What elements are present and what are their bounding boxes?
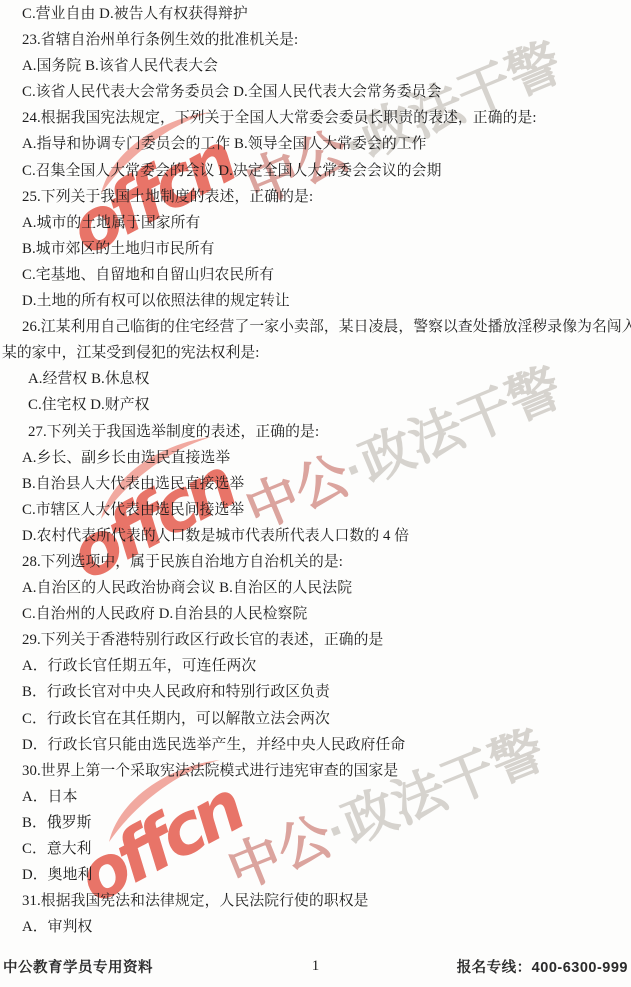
text-line: 23.省辖自治州单行条例生效的批准机关是: [0, 27, 631, 53]
text-line: B.城市郊区的土地归市民所有 [0, 236, 631, 262]
text-line: B.自治县人大代表由选民直接选举 [0, 471, 631, 497]
text-line: 25.下列关于我国土地制度的表述，正确的是: [0, 184, 631, 210]
text-line: D．奥地利 [0, 862, 631, 888]
text-line: 24.根据我国宪法规定，下列关于全国人大常委会委员长职责的表述，正确的是: [0, 105, 631, 131]
text-line: C．意大利 [0, 836, 631, 862]
text-line: 30.世界上第一个采取宪法法院模式进行违宪审查的国家是 [0, 758, 631, 784]
text-line: C.市辖区人大代表由选民间接选举 [0, 497, 631, 523]
text-line: C.营业自由 D.被告人有权获得辩护 [0, 1, 631, 27]
page-footer: 中公教育学员专用资料 1 报名专线：400-6300-999 [0, 954, 631, 978]
text-line: 某的家中，江某受到侵犯的宪法权利是: [0, 340, 631, 366]
question-text-block: C.营业自由 D.被告人有权获得辩护23.省辖自治州单行条例生效的批准机关是:A… [0, 1, 631, 940]
text-line: D.农村代表所代表的人口数是城市代表所代表人口数的 4 倍 [0, 523, 631, 549]
text-line: 26.江某利用自己临街的住宅经营了一家小卖部，某日凌晨，警察以查处播放淫秽录像为… [0, 314, 631, 340]
text-line: 29.下列关于香港特别行政区行政长官的表述，正确的是 [0, 627, 631, 653]
footer-material-label: 中公教育学员专用资料 [0, 956, 296, 977]
text-line: A．行政长官任期五年，可连任两次 [0, 653, 631, 679]
scanned-document-page: offcn 中公·政法干警 offcn 中公·政法干警 offcn 中公·政法干… [0, 0, 631, 987]
page-number: 1 [296, 958, 336, 975]
text-line: D．行政长官只能由选民选举产生，并经中央人民政府任命 [0, 732, 631, 758]
text-line: A.指导和协调专门委员会的工作 B.领导全国人大常委会的工作 [0, 131, 631, 157]
text-line: B．行政长官对中央人民政府和特别行政区负责 [0, 679, 631, 705]
text-line: C.宅基地、自留地和自留山归农民所有 [0, 262, 631, 288]
text-line: A.经营权 B.休息权 [0, 366, 631, 392]
text-line: 28.下列选项中，属于民族自治地方自治机关的是: [0, 549, 631, 575]
text-line: 31.根据我国宪法和法律规定，人民法院行使的职权是 [0, 888, 631, 914]
text-line: A.乡长、副乡长由选民直接选举 [0, 445, 631, 471]
text-line: A.城市的土地属于国家所有 [0, 210, 631, 236]
text-line: C.自治州的人民政府 D.自治县的人民检察院 [0, 601, 631, 627]
text-line: A．日本 [0, 784, 631, 810]
text-line: D.土地的所有权可以依照法律的规定转让 [0, 288, 631, 314]
text-line: C.召集全国人大常委会的会议 D.决定全国人大常委会会议的会期 [0, 158, 631, 184]
text-line: C．行政长官在其任期内，可以解散立法会两次 [0, 706, 631, 732]
text-line: A．审判权 [0, 914, 631, 940]
footer-hotline: 报名专线：400-6300-999 [336, 956, 631, 977]
text-line: B．俄罗斯 [0, 810, 631, 836]
text-line: C.该省人民代表大会常务委员会 D.全国人民代表大会常务委员会 [0, 79, 631, 105]
text-line: 27.下列关于我国选举制度的表述，正确的是: [0, 419, 631, 445]
text-line: A.自治区的人民政治协商会议 B.自治区的人民法院 [0, 575, 631, 601]
text-line: A.国务院 B.该省人民代表大会 [0, 53, 631, 79]
text-line: C.住宅权 D.财产权 [0, 392, 631, 418]
